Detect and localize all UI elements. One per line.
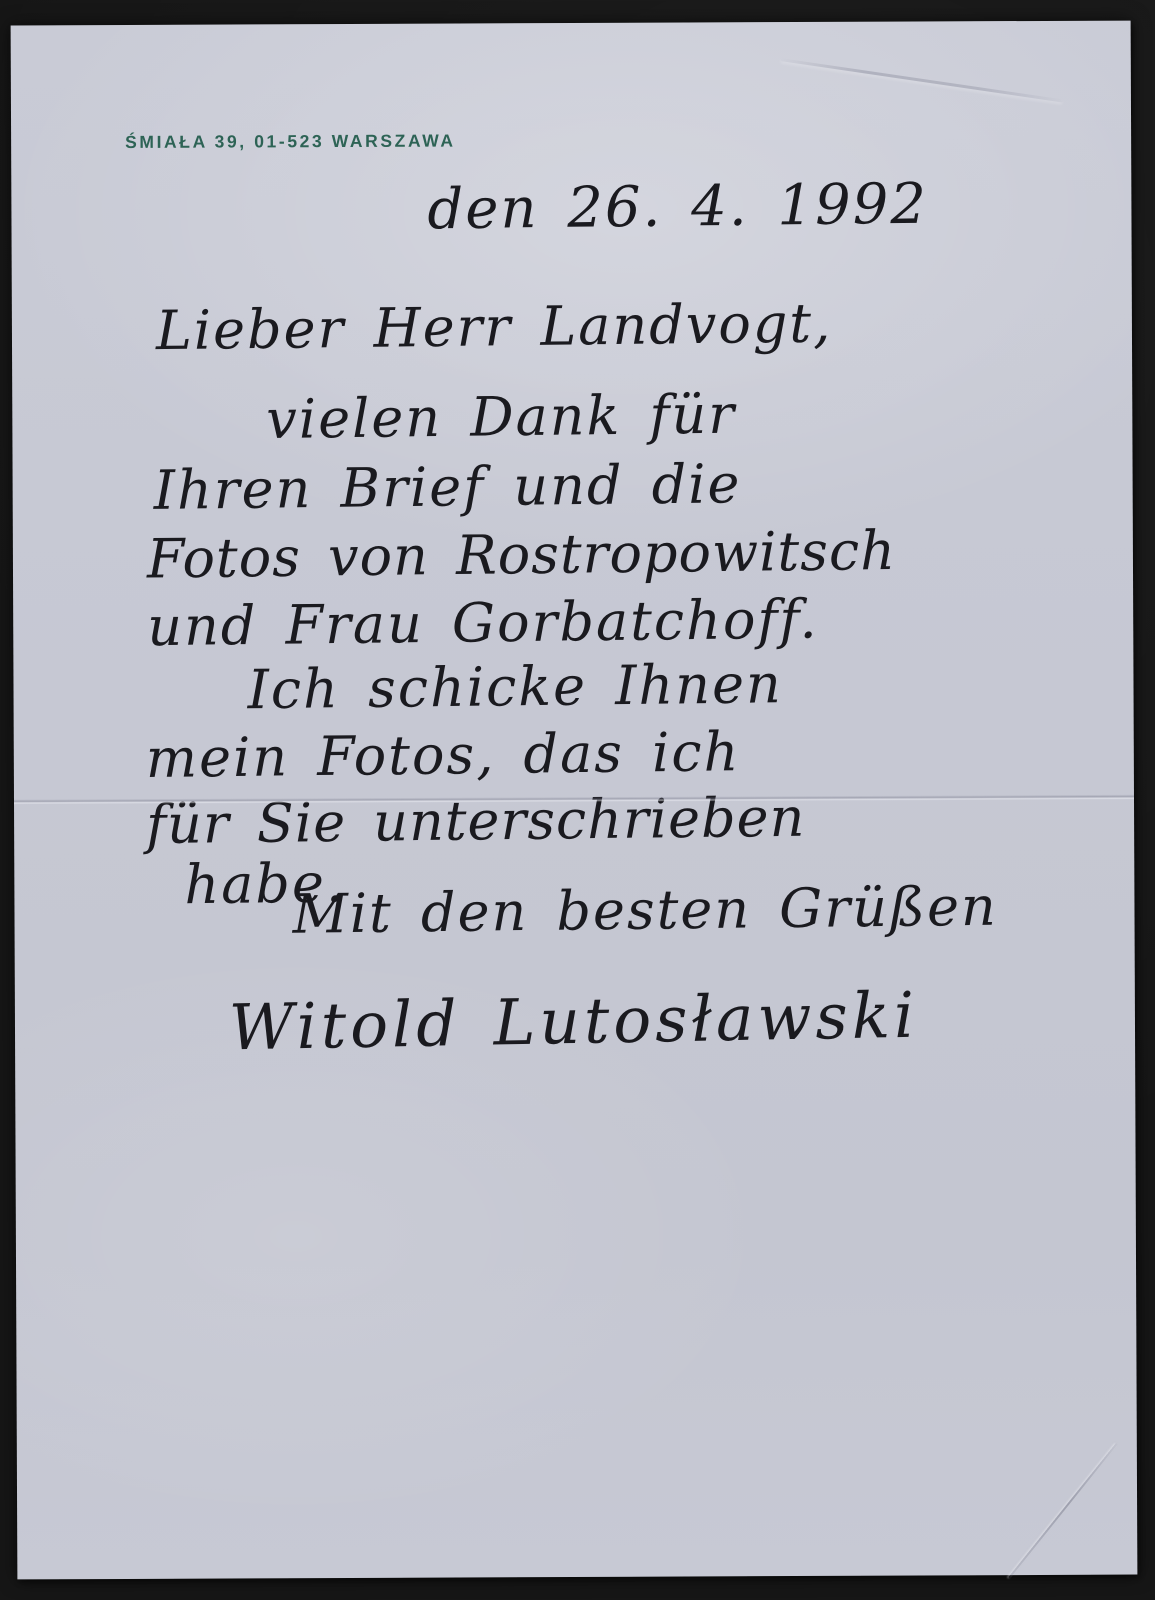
letterhead-address: ŚMIAŁA 39, 01-523 WARSZAWA	[125, 131, 456, 153]
top-right-corner-crease	[781, 58, 1063, 102]
closing-line: Mit den besten Grüßen	[292, 875, 998, 946]
letter-paper: ŚMIAŁA 39, 01-523 WARSZAWA den 26. 4. 19…	[11, 21, 1138, 1580]
body-line-1: vielen Dank für	[266, 383, 736, 451]
bottom-right-corner-crease	[1008, 1443, 1117, 1578]
signature: Witold Lutosławski	[228, 979, 918, 1065]
body-line-3: Fotos von Rostropowitsch	[147, 519, 897, 590]
photo-background: ŚMIAŁA 39, 01-523 WARSZAWA den 26. 4. 19…	[0, 0, 1155, 1600]
salutation-line: Lieber Herr Landvogt,	[156, 292, 833, 363]
body-line-4: und Frau Gorbatchoff.	[147, 588, 819, 659]
body-line-5: Ich schicke Ihnen	[247, 652, 783, 721]
date-line: den 26. 4. 1992	[427, 172, 928, 243]
body-line-2: Ihren Brief und die	[153, 452, 741, 522]
body-line-6: mein Fotos, das ich	[145, 720, 740, 790]
